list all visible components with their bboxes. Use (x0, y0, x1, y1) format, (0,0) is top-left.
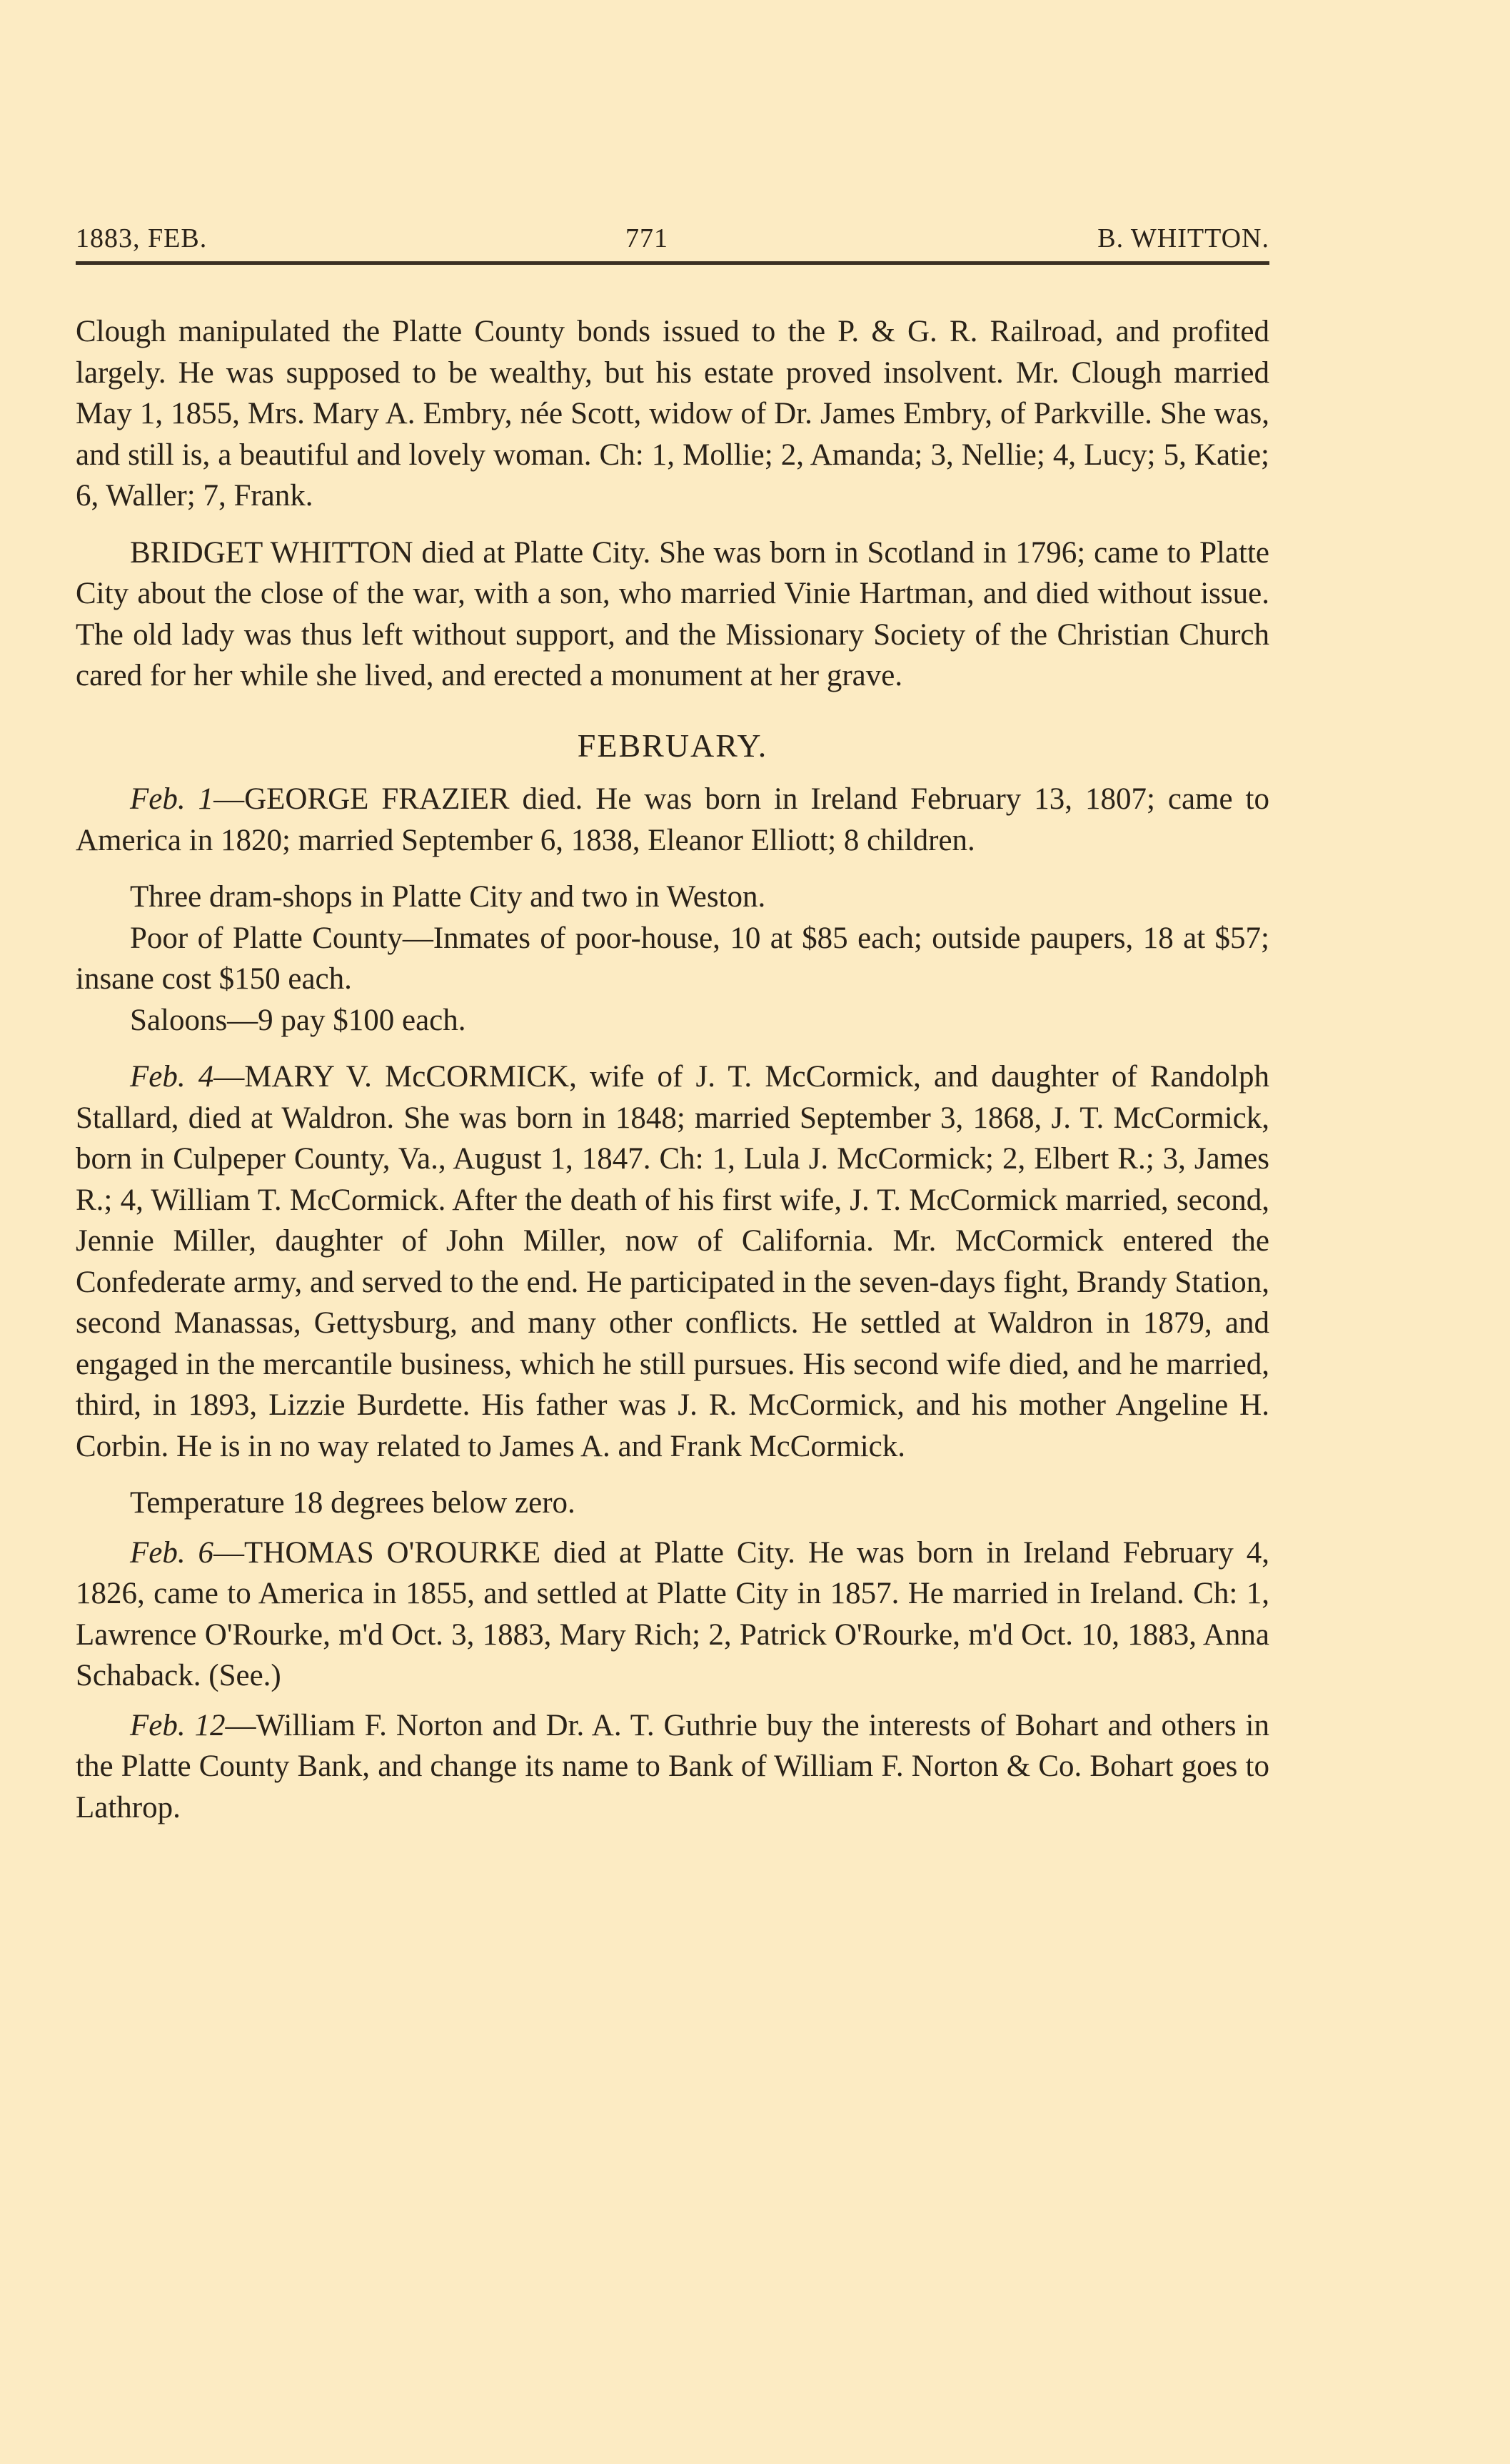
entry-text: —William F. Norton and Dr. A. T. Guthrie… (76, 1709, 1269, 1824)
running-head-date: 1883, FEB. (76, 223, 207, 254)
running-head: 1883, FEB. 771 B. WHITTON. (76, 223, 1269, 258)
entry-poor-of-platte: Poor of Platte County—Inmates of poor-ho… (76, 918, 1269, 1000)
entry-saloons: Saloons—9 pay $100 each. (76, 1000, 1269, 1041)
paragraph-clough: Clough manipulated the Platte County bon… (76, 311, 1269, 517)
entry-dram-shops: Three dram-shops in Platte City and two … (76, 877, 1269, 918)
entry-date: Feb. 1 (130, 782, 213, 816)
entry-text: Saloons—9 pay $100 each. (130, 1004, 466, 1037)
entry-text: —THOMAS O'ROURKE died at Platte City. He… (76, 1536, 1269, 1693)
entry-thomas-orourke: Feb. 6—THOMAS O'ROURKE died at Platte Ci… (76, 1533, 1269, 1697)
paragraph-bridget-whitton: BRIDGET WHITTON died at Platte City. She… (76, 532, 1269, 697)
entry-text: Poor of Platte County—Inmates of poor-ho… (76, 922, 1269, 996)
page-body: Clough manipulated the Platte County bon… (76, 311, 1269, 1828)
entry-george-frazier: Feb. 1—GEORGE FRAZIER died. He was born … (76, 779, 1269, 861)
entry-text: —GEORGE FRAZIER died. He was born in Ire… (76, 782, 1269, 857)
entry-norton-guthrie-bank: Feb. 12—William F. Norton and Dr. A. T. … (76, 1705, 1269, 1829)
entry-date: Feb. 4 (130, 1060, 213, 1094)
entry-text: Temperature 18 degrees below zero. (130, 1486, 575, 1520)
header-rule-thin (680, 263, 1269, 265)
entry-text: —MARY V. McCORMICK, wife of J. T. McCorm… (76, 1060, 1269, 1463)
section-title-february: FEBRUARY. (76, 725, 1269, 767)
entry-temperature: Temperature 18 degrees below zero. (76, 1483, 1269, 1524)
entry-date: Feb. 12 (130, 1709, 226, 1742)
entry-date: Feb. 6 (130, 1536, 213, 1570)
running-head-name: B. WHITTON. (1097, 223, 1269, 254)
page-number: 771 (625, 223, 668, 254)
entry-mary-mccormick: Feb. 4—MARY V. McCORMICK, wife of J. T. … (76, 1056, 1269, 1467)
entry-text: Three dram-shops in Platte City and two … (130, 880, 765, 914)
